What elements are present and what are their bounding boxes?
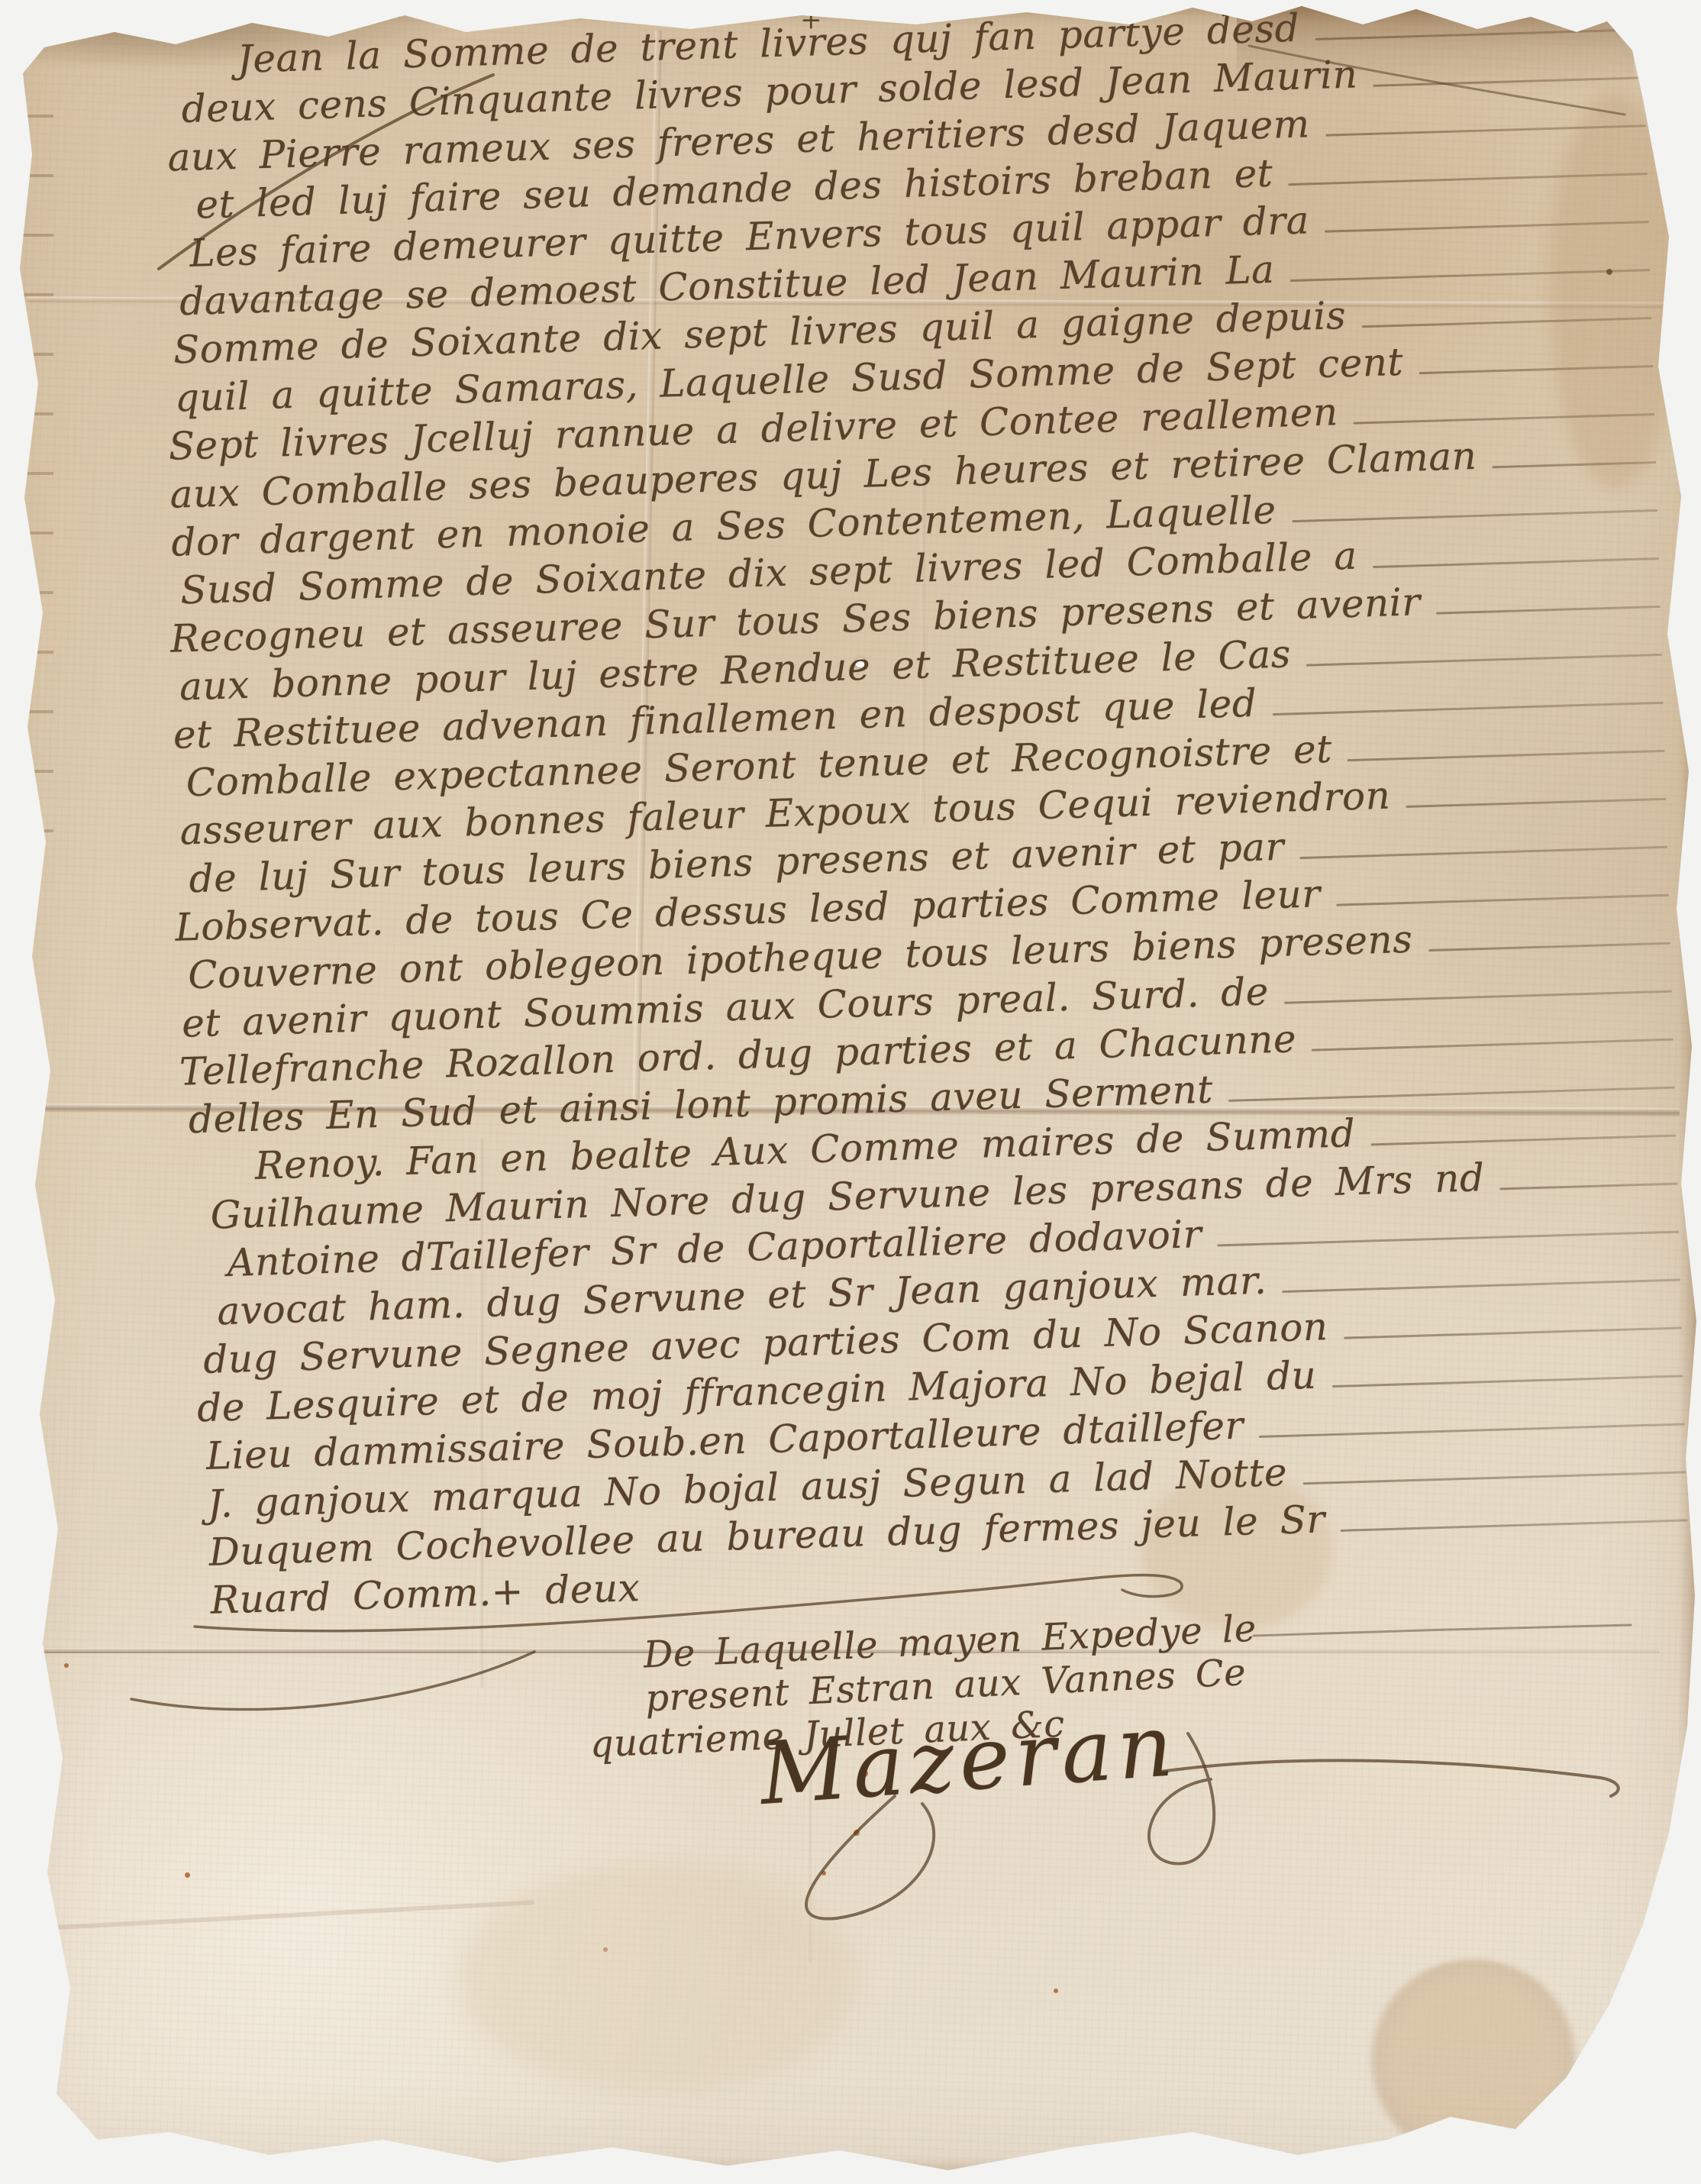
manuscript-line: et led luj faire seu demande des histoir… [195,140,1653,231]
manuscript-line: Comballe expectannee Seront tenue et Rec… [186,717,1670,809]
torn-top-edge [0,0,1701,26]
line-end-stroke [1354,413,1654,425]
manuscript-line: avocat ham. dug Servune et Sr Jean ganjo… [217,1245,1686,1337]
ruard-underline-flourish [195,1575,1182,1631]
line-end-stroke [1500,1183,1678,1191]
manuscript-line: deux cens Cinquante livres pour solde le… [181,44,1650,135]
vertical-fold-crease [806,1703,812,1963]
stain [1141,1470,1332,1630]
closing-block: De Laquelle mayen Expedye le present Est… [643,1607,1261,1765]
vertical-fold-crease [920,458,925,825]
manuscript-page: + Jean la Somme de trent livres quj fan … [0,0,1701,2184]
manuscript-line: et avenir quont Soummis aux Cours preal.… [181,958,1677,1050]
line-end-stroke [1332,1375,1683,1388]
line-end-stroke [1299,846,1667,859]
line-end-stroke [1436,606,1661,615]
line-end-stroke [1419,365,1653,374]
rust-speck [64,1663,69,1668]
manuscript-line: Renoy. Fan en bealte Aux Comme maires de… [254,1101,1681,1191]
manuscript-line: asseurer aux bonnes faleur Expoux tous C… [179,765,1671,858]
manuscript-line: delles En Sud et ainsi lont promis aveu … [188,1053,1680,1145]
closing-line-dash [1254,1625,1631,1636]
line-end-stroke [1325,124,1646,136]
line-end-stroke [1493,461,1657,468]
line-end-stroke [1348,750,1664,761]
line-end-stroke [1315,28,1643,40]
manuscript-line: aux bonne pour luj estre Rendue et Resti… [179,621,1667,713]
manuscript-line: quil a quitte Samaras, Laquelle Susd Som… [174,332,1658,425]
line-end-stroke [1361,317,1651,328]
line-end-stroke [1289,173,1648,186]
torn-right-edge [1678,0,1701,2184]
manuscript-line: de luj Sur tous leurs biens presens et a… [189,813,1673,906]
manuscript-line: Recogneu et asseuree Sur tous Ses biens … [169,573,1665,665]
line-end-stroke [1373,557,1659,568]
manuscript-line: aux Pierre rameux ses freres et heritier… [167,92,1651,184]
line-end-stroke [1370,1135,1676,1146]
left-edge-stitch-marks [18,115,53,863]
closing-line: quatrieme Jullet aux &c [589,1694,1261,1766]
manuscript-line: davantage se demoest Constitue led Jean … [179,236,1655,328]
initial-letter-ascender [159,75,493,269]
round-stain [1367,1959,1580,2161]
line-end-stroke [1273,702,1664,716]
manuscript-line: Antoine dTaillefer Sr de Caportalliere d… [227,1197,1684,1289]
stain [1550,92,1680,489]
manuscript-line: Lieu dammissaire Soub.en Caportalleure d… [205,1390,1690,1482]
line-end-stroke [1283,1279,1681,1293]
dark-speck [1606,269,1612,275]
vertical-fold-crease [632,31,662,1115]
manuscript-line: dor dargent en monoie a Ses Contentemen,… [171,477,1663,569]
pinhole [855,658,866,667]
manuscript-line: Sept livres Jcelluj rannue a delivre et … [168,380,1660,473]
manuscript-line: Guilhaume Maurin Nore dug Servune les pr… [210,1149,1683,1241]
manuscript-line: dug Servune Segnee avec parties Com du N… [202,1294,1686,1386]
closing-line: present Estran aux Vannes Ce [644,1651,1259,1721]
line-end-stroke [1292,509,1657,522]
torn-bottom-edge [0,2157,1701,2184]
invocation-cross-mark: + [800,5,822,35]
signature-tail-flourish [1160,1760,1619,1796]
manuscript-line: Jean la Somme de trent livres quj fan pa… [237,0,1648,86]
line-end-stroke [1341,1519,1687,1531]
manuscript-line: et Restituee advenan finallemen en despo… [173,669,1668,761]
line-end-stroke [1228,1087,1675,1102]
line-end-stroke [1290,269,1651,282]
line-end-stroke [1217,1231,1679,1247]
top-right-fold-line [1249,46,1625,115]
scanned-manuscript: + Jean la Somme de trent livres quj fan … [0,0,1701,2184]
line-end-stroke [1284,990,1672,1004]
manuscript-line: Les faire demeurer quitte Envers tous qu… [189,188,1654,279]
manuscript-line: Couverne ont oblegeon ipotheque tous leu… [188,909,1676,1002]
line-end-stroke [1306,654,1662,667]
horizontal-fold-crease [46,1900,534,1930]
rust-speck [185,1872,190,1878]
line-end-stroke [1406,798,1667,808]
manuscript-line: de Lesquire et de moj ffrancegin Majora … [196,1342,1688,1434]
closing-line: De Laquelle mayen Expedye le [643,1607,1257,1678]
manuscript-text-block: Jean la Somme de trent livres quj fan pa… [157,0,1694,1627]
rust-speck [821,1871,826,1875]
rust-speck [854,1830,860,1836]
manuscript-line: Lobservat. de tous Ce dessus lesd partie… [175,861,1674,954]
line-end-stroke [1302,1471,1686,1485]
rust-speck [603,1947,608,1952]
rust-speck [1054,1989,1058,1993]
manuscript-line: Somme de Soixante dix sept livres quil a… [173,284,1657,376]
manuscript-line: aux Comballe ses beauperes quj Les heure… [169,428,1661,521]
ink-flourishes [0,0,1701,2184]
manuscript-line: J. ganjoux marqua No bojal ausj Segun a … [207,1438,1691,1530]
signature-under-loop [806,1796,934,1919]
horizontal-fold-crease [27,296,1669,309]
manuscript-line: Duquem Cochevollee au bureau dug fermes … [208,1486,1693,1578]
vertical-fold-crease [478,1138,483,1688]
signature-paraph [1149,1733,1214,1863]
line-end-stroke [1344,1326,1682,1339]
line-end-stroke [1373,76,1645,87]
folded-top-right-corner [1237,0,1634,92]
line-end-stroke [1312,1039,1673,1052]
horizontal-fold-crease [26,1648,1660,1653]
stain [458,1863,855,2092]
horizontal-fold-crease [23,1103,1680,1116]
manuscript-line: Tellefranche Rozallon ord. dug parties e… [179,1005,1678,1097]
closing-sweep-flourish [131,1652,534,1710]
rust-speck [861,1770,868,1777]
line-end-stroke [1259,1423,1685,1438]
line-end-stroke [1325,221,1649,233]
line-end-stroke [1428,942,1670,951]
torn-top-left-corner [15,17,473,70]
torn-left-edge [0,0,20,2184]
line-end-stroke [1336,894,1669,906]
signature-mazeran: Mazeran [757,1696,1181,1824]
manuscript-line: Ruard Comm.+ deux [210,1534,1694,1627]
manuscript-line: Susd Somme de Soixante dix sept livres l… [180,525,1664,617]
